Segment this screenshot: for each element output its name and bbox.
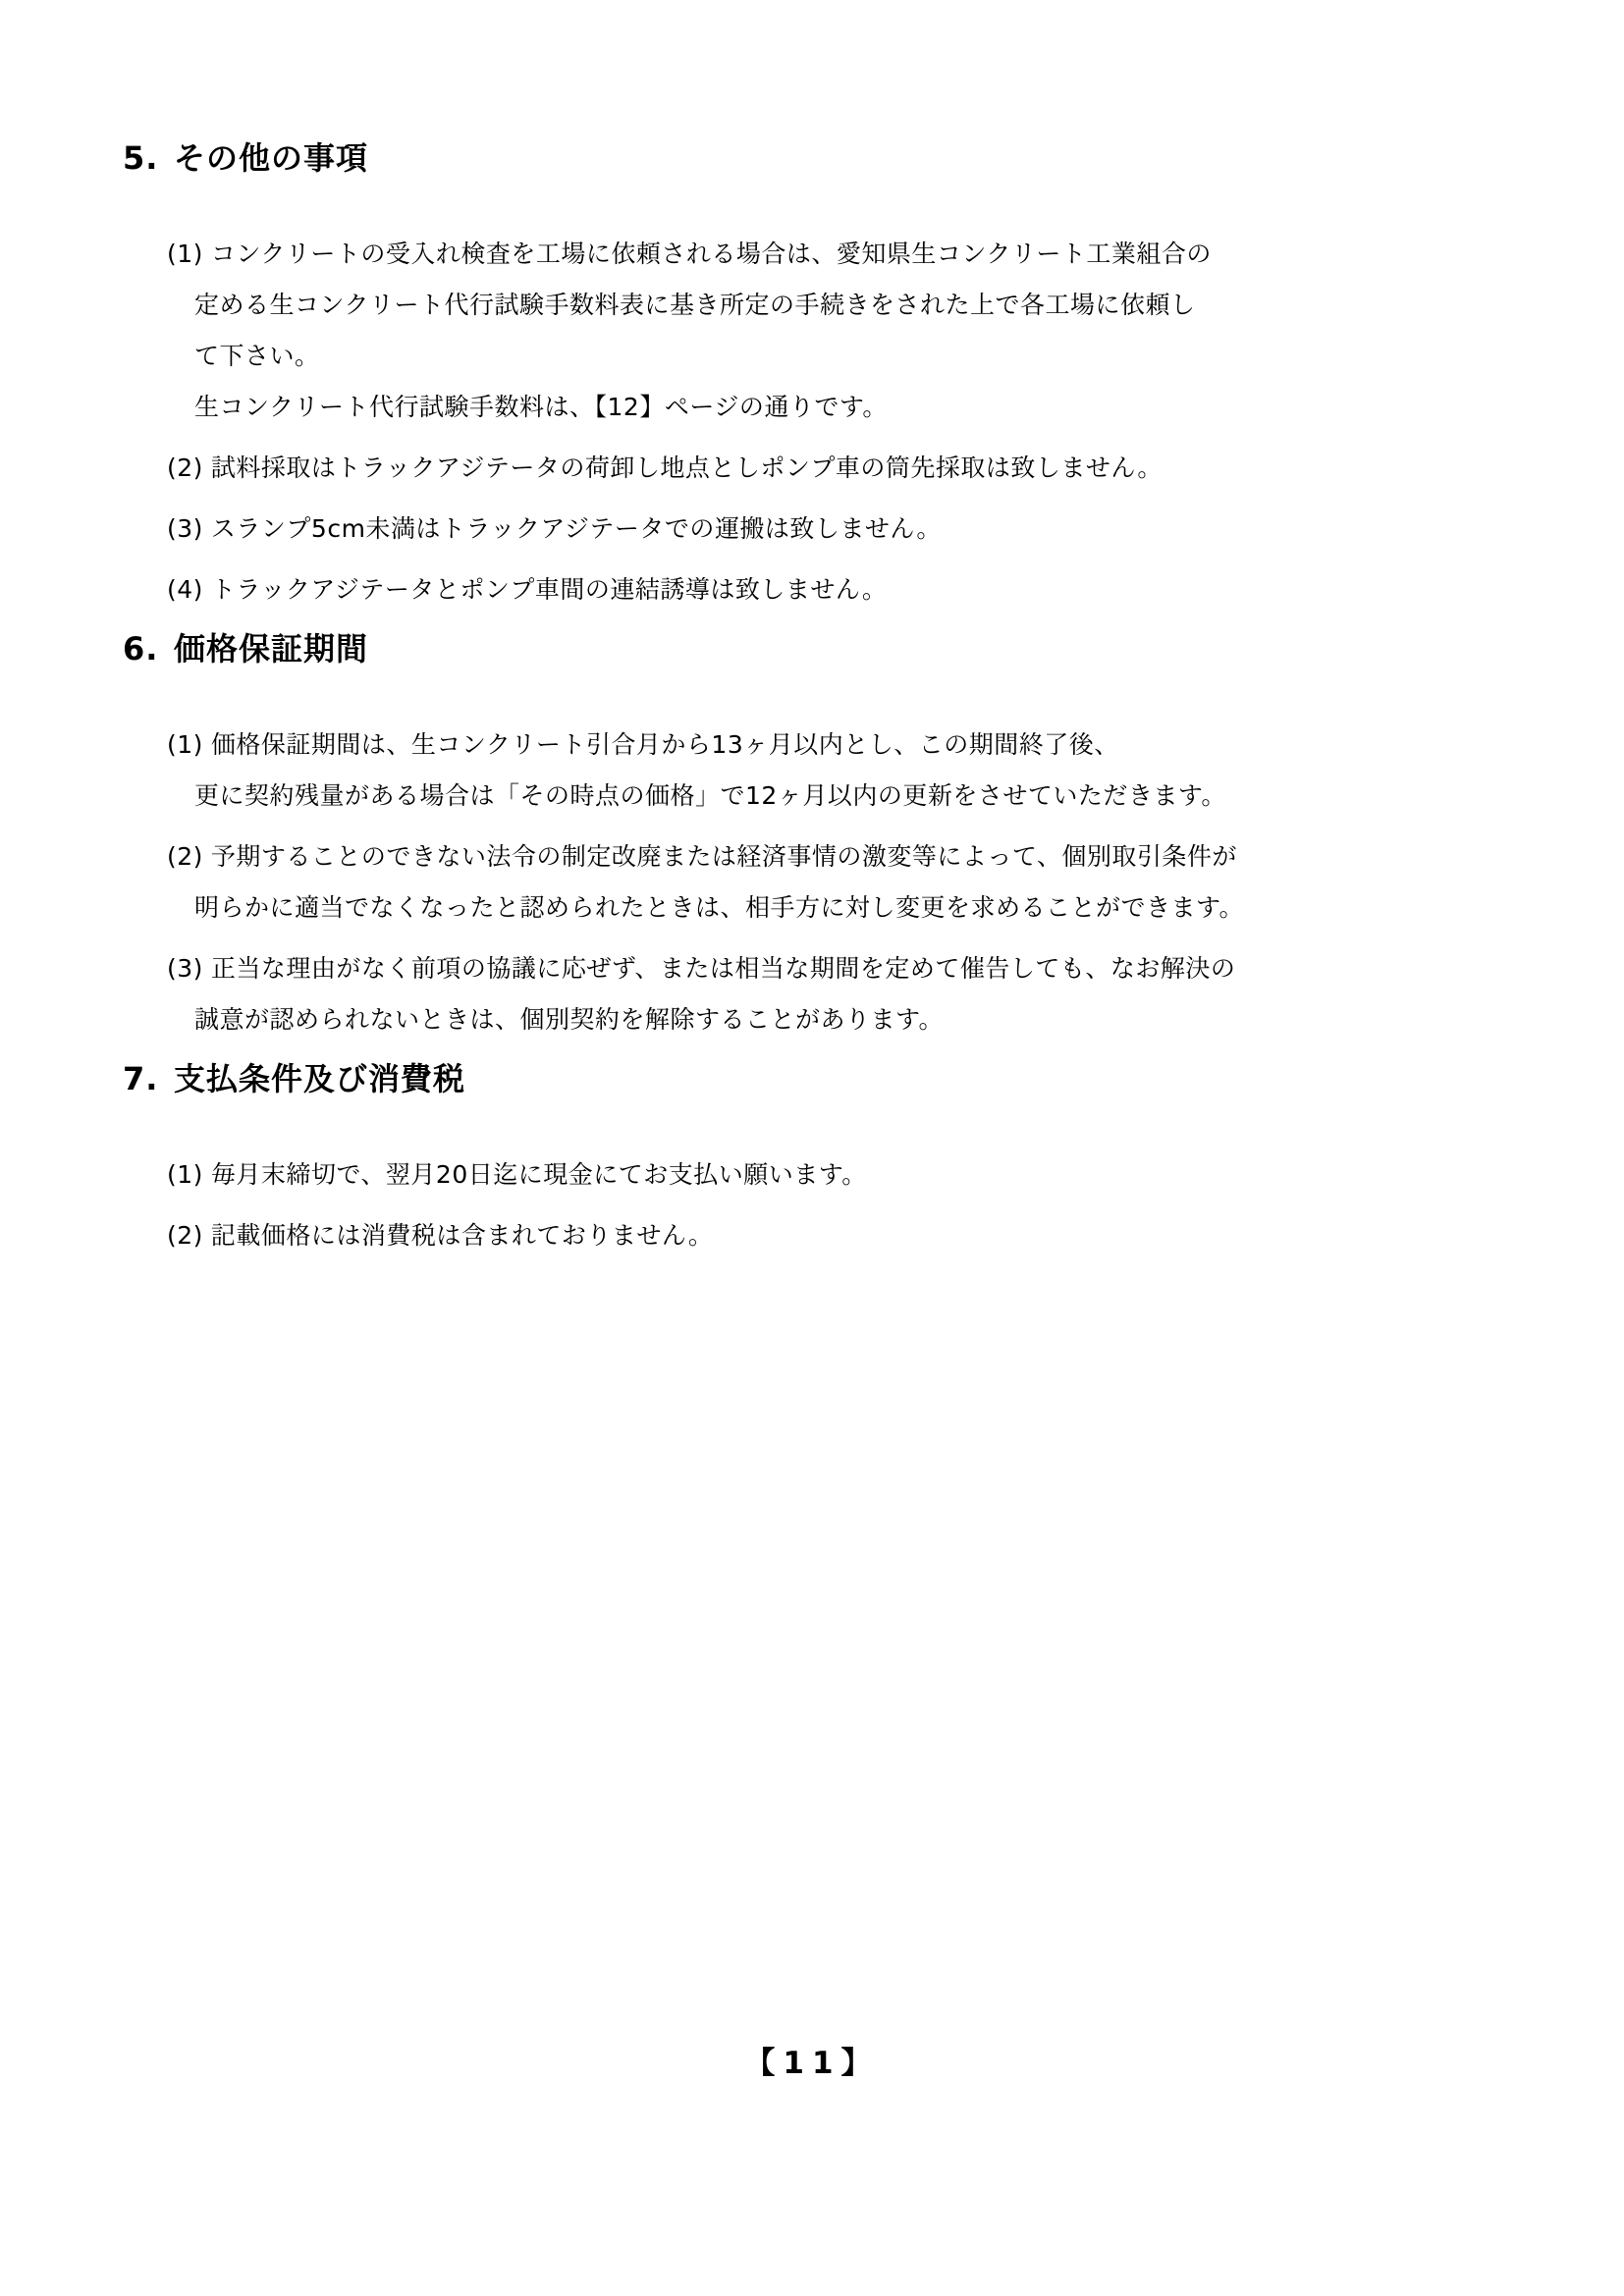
item-text: 試料採取はトラックアジテータの荷卸し地点としポンプ車の筒先採取は致しません。 [211,454,1163,482]
item-text: て下さい。 [194,331,1624,382]
item-marker: (3) [167,514,211,543]
item-marker: (4) [167,575,211,604]
section-number: 7. [123,1059,174,1098]
section-heading: 7. 支払条件及び消費税 [123,1059,1624,1098]
section-heading: 5. その他の事項 [123,138,1624,178]
section-number: 5. [123,138,174,178]
item-first-line: (1)コンクリートの受入れ検査を工場に依頼される場合は、愛知県生コンクリート工業… [194,229,1624,280]
item-first-line: (2)予期することのできない法令の制定改廃または経済事情の激変等によって、個別取… [194,831,1624,882]
document-content: 5. その他の事項 (1)コンクリートの受入れ検査を工場に依頼される場合は、愛知… [0,0,1624,1261]
section-title: 支払条件及び消費税 [174,1059,465,1098]
item-first-line: (4)トラックアジテータとポンプ車間の連結誘導は致しません。 [194,564,1624,615]
item-marker: (1) [167,730,211,759]
item-text: 記載価格には消費税は含まれておりません。 [211,1221,714,1250]
item-text: 明らかに適当でなくなったと認められたときは、相手方に対し変更を求めることができま… [194,882,1624,934]
list-item: (2)予期することのできない法令の制定改廃または経済事情の激変等によって、個別取… [194,831,1624,934]
item-first-line: (2)記載価格には消費税は含まれておりません。 [194,1210,1624,1261]
item-marker: (1) [167,240,211,268]
item-first-line: (3)正当な理由がなく前項の協議に応ぜず、または相当な期間を定めて催告しても、な… [194,943,1624,994]
list-item: (2)試料採取はトラックアジテータの荷卸し地点としポンプ車の筒先採取は致しません… [194,443,1624,494]
list-item: (3)スランプ5cm未満はトラックアジテータでの運搬は致しません。 [194,504,1624,555]
item-first-line: (2)試料採取はトラックアジテータの荷卸し地点としポンプ車の筒先採取は致しません… [194,443,1624,494]
item-text: 更に契約残量がある場合は「その時点の価格」で12ヶ月以内の更新をさせていただきま… [194,771,1624,822]
item-text: 生コンクリート代行試験手数料は、【12】ページの通りです。 [194,382,1624,433]
list-item: (3)正当な理由がなく前項の協議に応ぜず、または相当な期間を定めて催告しても、な… [194,943,1624,1045]
item-text: 誠意が認められないときは、個別契約を解除することがあります。 [194,994,1624,1045]
list-item: (4)トラックアジテータとポンプ車間の連結誘導は致しません。 [194,564,1624,615]
item-first-line: (1)価格保証期間は、生コンクリート引合月から13ヶ月以内とし、この期間終了後、 [194,720,1624,771]
section-title: 価格保証期間 [174,629,368,668]
item-marker: (3) [167,954,211,983]
item-text: 予期することのできない法令の制定改廃または経済事情の激変等によって、個別取引条件… [211,842,1237,871]
section-price-guarantee-period: 6. 価格保証期間 (1)価格保証期間は、生コンクリート引合月から13ヶ月以内と… [0,629,1624,1045]
item-text: スランプ5cm未満はトラックアジテータでの運搬は致しません。 [211,514,942,543]
list-item: (1)毎月末締切で、翌月20日迄に現金にてお支払い願います。 [194,1149,1624,1201]
item-marker: (2) [167,1221,211,1250]
item-marker: (1) [167,1160,211,1189]
item-text: コンクリートの受入れ検査を工場に依頼される場合は、愛知県生コンクリート工業組合の [211,240,1212,268]
item-text: 毎月末締切で、翌月20日迄に現金にてお支払い願います。 [211,1160,867,1189]
page-number: 【11】 [0,2038,1624,2082]
section-other-matters: 5. その他の事項 (1)コンクリートの受入れ検査を工場に依頼される場合は、愛知… [0,138,1624,615]
item-marker: (2) [167,454,211,482]
section-heading: 6. 価格保証期間 [123,629,1624,668]
section-number: 6. [123,629,174,668]
item-text: 定める生コンクリート代行試験手数料表に基き所定の手続きをされた上で各工場に依頼し [194,280,1624,331]
section-title: その他の事項 [174,138,368,178]
item-text: 正当な理由がなく前項の協議に応ぜず、または相当な期間を定めて催告しても、なお解決… [211,954,1236,983]
list-item: (2)記載価格には消費税は含まれておりません。 [194,1210,1624,1261]
item-text: トラックアジテータとポンプ車間の連結誘導は致しません。 [211,575,888,604]
item-text: 価格保証期間は、生コンクリート引合月から13ヶ月以内とし、この期間終了後、 [211,730,1119,759]
item-first-line: (1)毎月末締切で、翌月20日迄に現金にてお支払い願います。 [194,1149,1624,1201]
list-item: (1)コンクリートの受入れ検査を工場に依頼される場合は、愛知県生コンクリート工業… [194,229,1624,433]
document-page: 5. その他の事項 (1)コンクリートの受入れ検査を工場に依頼される場合は、愛知… [0,0,1624,2296]
section-payment-terms-and-tax: 7. 支払条件及び消費税 (1)毎月末締切で、翌月20日迄に現金にてお支払い願い… [0,1059,1624,1261]
item-marker: (2) [167,842,211,871]
list-item: (1)価格保証期間は、生コンクリート引合月から13ヶ月以内とし、この期間終了後、… [194,720,1624,822]
item-first-line: (3)スランプ5cm未満はトラックアジテータでの運搬は致しません。 [194,504,1624,555]
